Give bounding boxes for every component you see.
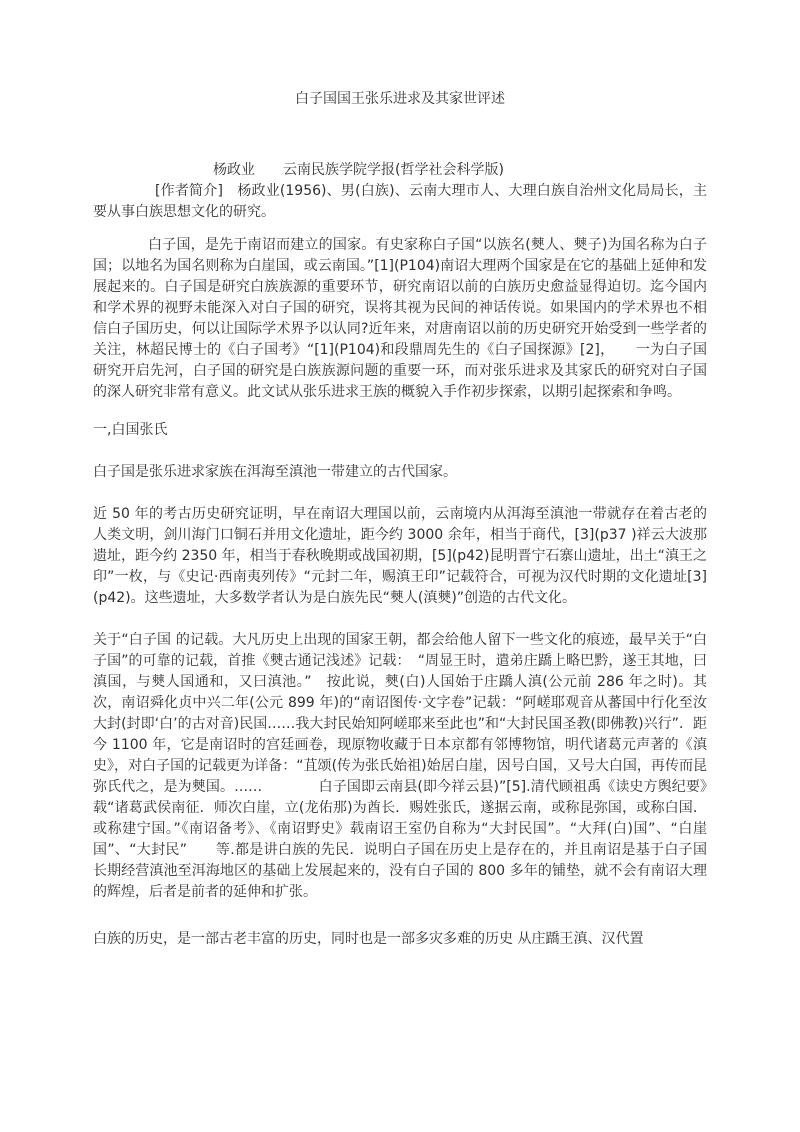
paragraph-overview: 白子国是张乐进求家族在洱海至滇池一带建立的古代国家。 (93, 462, 707, 483)
paragraph-history: 白族的历史，是一部古老丰富的历史，同时也是一部多灾多难的历史 从庄蹻王滇、汉代置 (93, 929, 707, 950)
document-page: 白子国国王张乐进求及其家世评述 杨政业 云南民族学院学报(哲学社会科学版) [作… (0, 0, 800, 1132)
intro-paragraph: 白子国，是先于南诏而建立的国家。有史家称白子国“以族名(僰人、僰子)为国名称为白… (93, 235, 707, 403)
author-bio: [作者简介] 杨政业(1956)、男(白族)、云南大理市人、大理白族自治州文化局… (93, 181, 707, 223)
paragraph-archaeology: 近 50 年的考古历史研究证明，早在南诏大理国以前，云南境内从洱海至滇池一带就存… (93, 504, 707, 609)
byline: 杨政业 云南民族学院学报(哲学社会科学版) (93, 160, 707, 181)
section-heading: 一,白国张氏 (93, 420, 707, 441)
paragraph-records: 关于“白子国 的记载。大凡历史上出现的国家王朝，都会给他人留下一些文化的痕迹，最… (93, 630, 707, 903)
document-title: 白子国国王张乐进求及其家世评述 (93, 89, 707, 110)
